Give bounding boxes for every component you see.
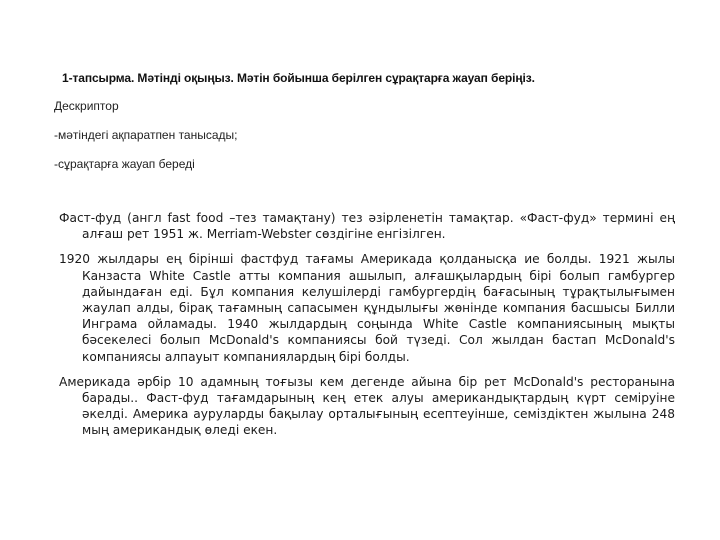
paragraph-obesity: Америкада әрбір 10 адамның тоғызы кем де… — [59, 374, 675, 439]
descriptor-heading: Дескриптор — [54, 99, 119, 113]
reading-text: Фаст-фуд (англ fast food –тез тамақтану)… — [59, 210, 675, 448]
descriptor-item: -сұрақтарға жауап береді — [54, 157, 195, 171]
task-title: 1-тапсырма. Мәтінді оқыңыз. Мәтін бойынш… — [62, 71, 535, 85]
paragraph-fast-food-definition: Фаст-фуд (англ fast food –тез тамақтану)… — [59, 210, 675, 242]
paragraph-history: 1920 жылдары ең бірінші фастфуд тағамы А… — [59, 251, 675, 364]
descriptor-item: -мәтіндегі ақпаратпен танысады; — [54, 128, 238, 142]
